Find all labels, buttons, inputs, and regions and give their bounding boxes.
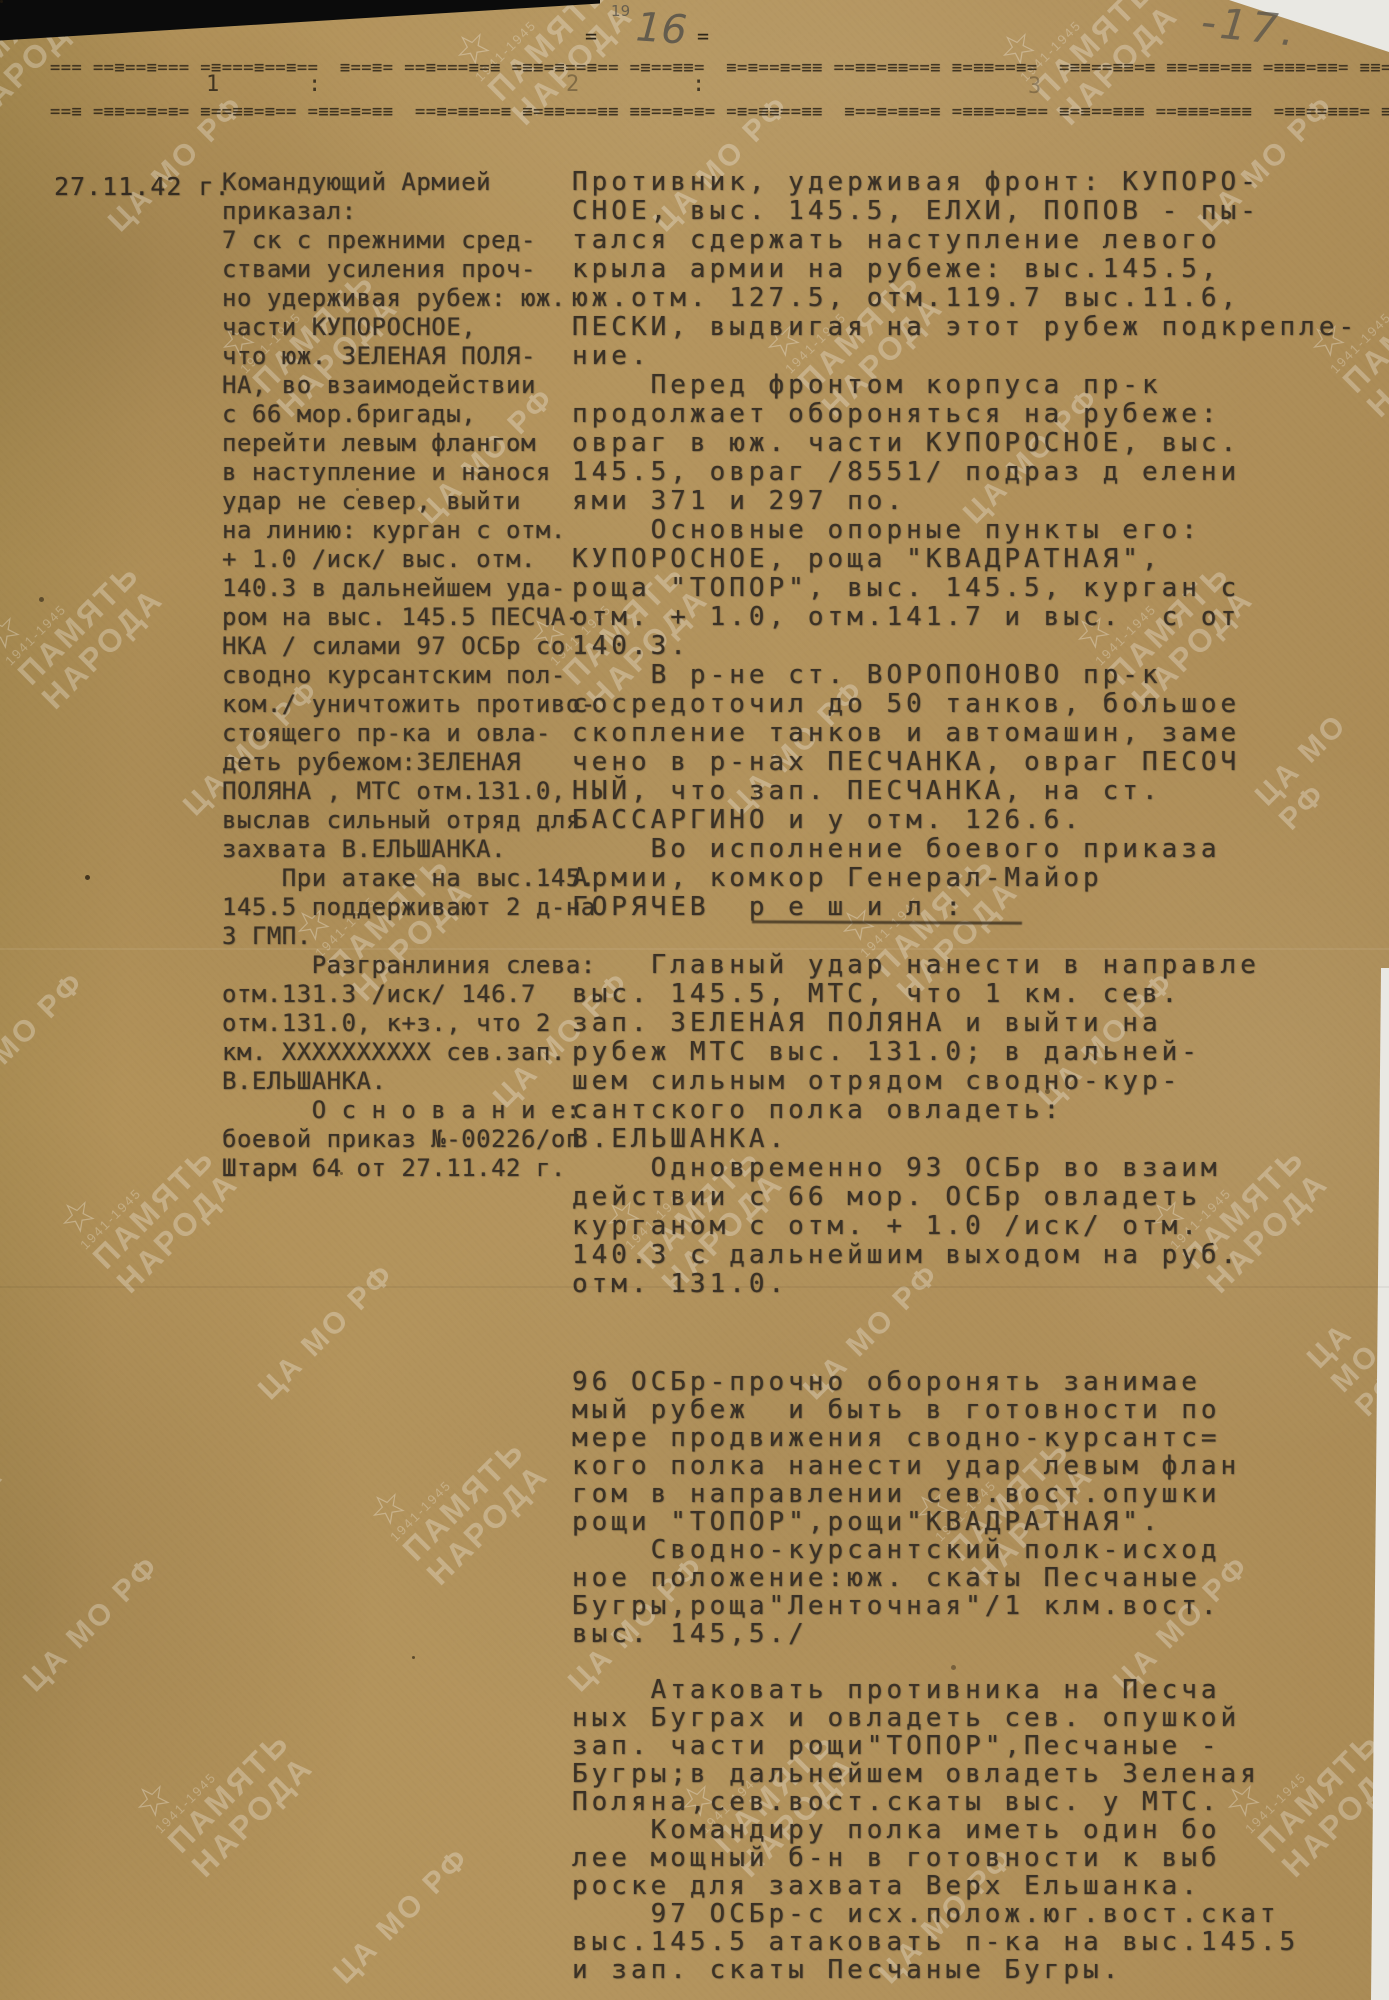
typed-text-line: сосредоточил до 50 танков, большое <box>572 690 1358 719</box>
typed-text-line: В р-не ст. ВОРОПОНОВО пр-к <box>572 661 1358 690</box>
memory-of-people-watermark: ☆1941-1945ПАМЯТЬНАРОДА <box>0 1397 10 1591</box>
typed-text-line: ями 371 и 297 по. <box>572 487 1358 516</box>
typed-text-line: При атаке на выс.145. <box>222 864 596 893</box>
typed-text-line: действии с 66 мор. ОСБр овладеть <box>572 1183 1358 1212</box>
typed-text-line: Разгранлиния слева: <box>222 951 596 980</box>
typed-text-line: что юж. ЗЕЛЕНАЯ ПОЛЯ- <box>222 342 596 371</box>
typed-text-line: НА, во взаимодействии <box>222 371 596 400</box>
typed-text-line: ное положение:юж. скаты Песчаные <box>572 1564 1299 1592</box>
typed-text-line: боевой приказ №-00226/оп <box>222 1125 596 1154</box>
typed-text-line: и зап. скаты Песчаные Бугры. <box>572 1956 1299 1984</box>
typed-text-line: Основные опорные пункты его: <box>572 516 1358 545</box>
typed-text-line: рубеж МТС выс. 131.0; в дальней- <box>572 1038 1358 1067</box>
page-number-value: 16 <box>635 4 689 53</box>
typed-text-line: части КУПОРОСНОЕ, <box>222 313 596 342</box>
typed-text-line: выс. 145.5, МТС, что 1 км. сев. <box>572 980 1358 1009</box>
typed-text-line: Командиру полка иметь один бо <box>572 1816 1299 1844</box>
memory-of-people-watermark: ☆1941-1945ПАМЯТЬНАРОДА <box>126 1689 320 1883</box>
watermark-memory-text: ПАМЯТЬ <box>87 1141 221 1275</box>
typed-text-line: + 1.0 /иск/ выс. отм. <box>222 545 596 574</box>
watermark-archive-text: ЦА МО РФ <box>1301 1308 1389 1423</box>
watermark-years-text: 1941-1945 <box>3 548 123 668</box>
typed-text-line: ние. <box>572 342 1358 371</box>
memory-of-people-watermark: ☆1941-1945ПАМЯТЬНАРОДА <box>51 1105 245 1299</box>
watermark-archive-text: ЦА МО РФ <box>17 1549 167 1699</box>
watermark-years-text: 1941-1945 <box>153 1716 273 1836</box>
typed-text-line: ПОЛЯНА , МТС отм.131.0, <box>222 777 596 806</box>
column-marker-colon-left: : <box>308 72 321 97</box>
typed-text-line: 97 ОСБр-с исх.полож.юг.вост.скат <box>572 1900 1299 1928</box>
typed-text-line: мый рубеж и быть в готовности по <box>572 1396 1299 1424</box>
typed-text-line: удар не север, выйти <box>222 487 596 516</box>
watermark-memory-text: НАРОДА <box>1361 289 1389 423</box>
typed-text-line: приказал: <box>222 197 596 226</box>
column-marker-1: 1 <box>206 72 219 97</box>
typed-text-line: 140.3 с дальнейшим выходом на руб. <box>572 1241 1358 1270</box>
watermark-memory-text: НАРОДА <box>36 581 170 715</box>
paper-crease-lower <box>0 1286 1389 1288</box>
star-icon: ☆ <box>361 1397 498 1534</box>
watermark-memory-text: НАРОДА <box>111 1165 245 1299</box>
scanner-background-edge-strip <box>1369 968 1389 2000</box>
typed-text-line: Штарм 64 от 27.11.42 г. <box>222 1154 596 1183</box>
corner-page-number: -17. <box>1199 0 1302 56</box>
typed-text-line: чено в р-нах ПЕСЧАНКА, овраг ПЕСОЧ <box>572 748 1358 777</box>
typed-text-line: ром на выс. 145.5 ПЕСЧА- <box>222 603 596 632</box>
typed-text-line: В.ЕЛЬШАНКА. <box>572 1125 1358 1154</box>
typed-text-line: деть рубежом:ЗЕЛЕНАЯ <box>222 748 596 777</box>
typed-text-line: Главный удар нанести в направле <box>572 951 1358 980</box>
typed-text-line: кого полка нанести удар левым флан <box>572 1452 1299 1480</box>
typed-text-line: роске для захвата Верх Ельшанка. <box>572 1872 1299 1900</box>
typed-text-line: роща "ТОПОР", выс. 145.5, курган с <box>572 574 1358 603</box>
typed-text-line: ПЕСКИ, выдвигая на этот рубеж подкрепле- <box>572 313 1358 342</box>
typed-text-line: км. ХХХХХХХХХХ сев.зап. <box>222 1038 596 1067</box>
typed-text-line: КУПОРОСНОЕ, роща "КВАДРАТНАЯ", <box>572 545 1358 574</box>
typed-text-line: Бугры;в дальнейшем овладеть Зеленая <box>572 1760 1299 1788</box>
typed-text-line: курганом с отм. + 1.0 /иск/ отм. <box>572 1212 1358 1241</box>
typed-text-line: выс.145.5 атаковать п-ка на выс.145.5 <box>572 1928 1299 1956</box>
typed-text-line: зап. ЗЕЛЕНАЯ ПОЛЯНА и выйти на <box>572 1009 1358 1038</box>
typed-text-line: с 66 мор.бригады, <box>222 400 596 429</box>
typed-text-line: 140.3. <box>572 632 1358 661</box>
watermark-memory-text: НАРОДА <box>0 1457 10 1591</box>
watermark-memory-text: ПАМЯТЬ <box>162 1725 296 1859</box>
page-number-right-mark: = <box>697 24 709 48</box>
typed-text-line: ГОРЯЧЕВ р е ш и л : <box>572 893 1358 922</box>
typed-text-line: выс. 145,5./ <box>572 1620 1299 1648</box>
memory-of-people-watermark: ☆1941-1945ПАМЯТЬНАРОДА <box>0 521 170 715</box>
handwritten-page-number: = 19 16 = <box>585 6 709 52</box>
right-column-text-lower: 96 ОСБр-прочно оборонять занимаемый рубе… <box>572 1368 1299 1984</box>
typed-text-line: 145.5 поддерживают 2 д-на <box>222 893 596 922</box>
watermark-years-text: 1941-1945 <box>78 1132 198 1252</box>
typed-text-line: Противник, удерживая фронт: КУПОРО- <box>572 168 1358 197</box>
column-marker-3: 3 <box>1028 74 1041 99</box>
typed-text-line: БАССАРГИНО и у отм. 126.6. <box>572 806 1358 835</box>
watermark-archive-text: ЦА МО РФ <box>252 1257 402 1407</box>
memory-of-people-watermark: ☆1941-1945ПАМЯТЬНАРОДА <box>361 1397 555 1591</box>
star-icon: ☆ <box>0 521 113 658</box>
typed-text-line: сводно курсантским пол- <box>222 661 596 690</box>
typed-text-line: тался сдержать наступление левого <box>572 226 1358 255</box>
typed-text-line: отм. 131.0. <box>572 1270 1358 1299</box>
typed-text-line: но удерживая рубеж: юж. <box>222 284 596 313</box>
typed-rule-bottom: ==≡ =≡≡==≡=≡= ≡==≡≡=≡== =≡≡=≡=≡≡ ==≡=≡≡=… <box>50 102 1389 124</box>
typed-text-line: ком./ уничтожить противо- <box>222 690 596 719</box>
typed-text-line: НЫЙ, что зап. ПЕСЧАНКА, на ст. <box>572 777 1358 806</box>
typed-text-line: Сводно-курсантский полк-исход <box>572 1536 1299 1564</box>
typed-text-line: рощи "ТОПОР",рощи"КВАДРАТНАЯ". <box>572 1508 1299 1536</box>
page-number-superscript: 19 <box>611 2 630 20</box>
typed-text-line: ных Буграх и овладеть сев. опушкой <box>572 1704 1299 1732</box>
typed-text-line: 140.3 в дальнейшем уда- <box>222 574 596 603</box>
typed-text-line: НКА / силами 97 ОСБр со <box>222 632 596 661</box>
typed-text-line: 145.5, овраг /8551/ подраз д елени <box>572 458 1358 487</box>
watermark-memory-text: НАРОДА <box>421 1457 555 1591</box>
typed-text-line: 7 ск с прежними сред- <box>222 226 596 255</box>
paper-speckles <box>0 0 3 3</box>
watermark-memory-text: ПАМЯТЬ <box>397 1433 531 1567</box>
typed-text-line: сантского полка овладеть: <box>572 1096 1358 1125</box>
typed-text-line: ствами усиления проч- <box>222 255 596 284</box>
watermark-archive-text: ЦА МО РФ <box>327 1841 477 1991</box>
watermark-memory-text: ПАМЯТЬ <box>1027 0 1161 108</box>
typed-text-line <box>572 1648 1299 1676</box>
document-scan: ☆1941-1945ПАМЯТЬНАРОДАЦА МО РФ☆1941-1945… <box>0 0 1389 2000</box>
typed-text-line: продолжает обороняться на рубеже: <box>572 400 1358 429</box>
document-date: 27.11.42 г. <box>54 172 231 201</box>
typed-text-line: 3 ГМП. <box>222 922 596 951</box>
typed-text-line: 96 ОСБр-прочно оборонять занимае <box>572 1368 1299 1396</box>
typed-text-line: перейти левым флангом <box>222 429 596 458</box>
typed-rule-top: === ==≡==≡=== =≡===≡==≡== ≡==≡= ==≡===≡=… <box>50 58 1389 80</box>
right-column-text-upper: Противник, удерживая фронт: КУПОРО-СНОЕ,… <box>572 168 1358 1299</box>
typed-text-line: Поляна,сев.вост.скаты выс. у МТС. <box>572 1788 1299 1816</box>
page-number-left-mark: = <box>585 24 597 48</box>
typed-text-line: овраг в юж. части КУПОРОСНОЕ, выс. <box>572 429 1358 458</box>
column-marker-2: 2 <box>566 72 579 97</box>
left-column-text: Командующий Армиейприказал:7 ск с прежни… <box>222 168 596 1183</box>
typed-text-line <box>572 922 1358 951</box>
typed-text-line: в наступление и нанося <box>222 458 596 487</box>
watermark-memory-text: ПАМЯТЬ <box>12 557 146 691</box>
typed-text-line: юж.отм. 127.5, отм.119.7 выс.11.6, <box>572 284 1358 313</box>
typed-text-line: В.ЕЛЬШАНКА. <box>222 1067 596 1096</box>
typed-text-line: Во исполнение боевого приказа <box>572 835 1358 864</box>
typed-text-line: Командующий Армией <box>222 168 596 197</box>
typed-text-line: мере продвижения сводно-курсантс= <box>572 1424 1299 1452</box>
typed-text-line: выслав сильный отряд для <box>222 806 596 835</box>
typed-text-line: Перед фронтом корпуса пр-к <box>572 371 1358 400</box>
column-marker-colon-right: : <box>692 72 705 97</box>
typed-text-line: лее мощный б-н в готовности к выб <box>572 1844 1299 1872</box>
typed-text-line: СНОЕ, выс. 145.5, ЕЛХИ, ПОПОВ - пы- <box>572 197 1358 226</box>
typed-text-line: Атаковать противника на Песча <box>572 1676 1299 1704</box>
watermark-years-text: 1941-1945 <box>388 1424 508 1544</box>
typed-text-line: Бугры,роща"Ленточная"/1 клм.вост. <box>572 1592 1299 1620</box>
paper-crease-upper <box>0 948 1389 950</box>
typed-text-line: гом в направлении сев.вост.опушки <box>572 1480 1299 1508</box>
typed-text-line: стоящего пр-ка и овла- <box>222 719 596 748</box>
typed-text-line: крыла армии на рубеже: выс.145.5, <box>572 255 1358 284</box>
typed-text-line: шем сильным отрядом сводно-кур- <box>572 1067 1358 1096</box>
watermark-memory-text: НАРОДА <box>186 1749 320 1883</box>
typed-text-line: скопление танков и автомашин, заме <box>572 719 1358 748</box>
typed-text-line: отм.131.0, к+з., что 2 <box>222 1009 596 1038</box>
black-scan-edge <box>0 0 600 44</box>
typed-text-line: на линию: курган с отм. <box>222 516 596 545</box>
typed-text-line: О с н о в а н и е: <box>222 1096 596 1125</box>
typed-text-line: зап. части рощи"ТОПОР",Песчаные - <box>572 1732 1299 1760</box>
typed-text-line: отм. + 1.0, отм.141.7 и выс. с от <box>572 603 1358 632</box>
star-icon: ☆ <box>51 1105 188 1242</box>
typed-text-line: захвата В.ЕЛЬШАНКА. <box>222 835 596 864</box>
star-icon: ☆ <box>126 1689 263 1826</box>
typed-text-line: отм.131.3 /иск/ 146.7 <box>222 980 596 1009</box>
typed-text-line: Армии, комкор Генерал-Майор <box>572 864 1358 893</box>
watermark-archive-text: ЦА МО РФ <box>0 965 92 1115</box>
typed-text-line: Одновременно 93 ОСБр во взаим <box>572 1154 1358 1183</box>
